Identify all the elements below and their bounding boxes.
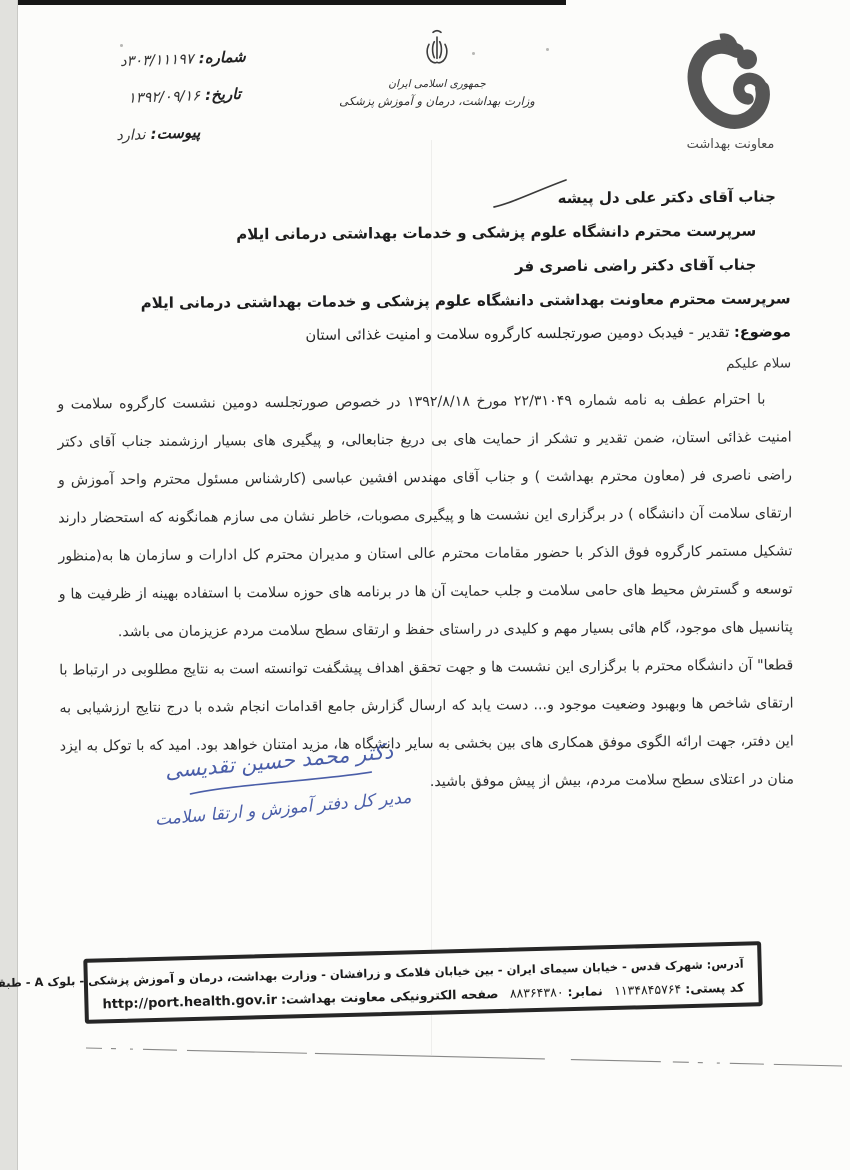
- scan-artifact-top-bar: [8, 0, 566, 5]
- recipient-name-2: جناب آقای دکتر راضی ناصری فر: [56, 248, 756, 287]
- signature-title: مدیر کل دفتر آموزش و ارتقا سلامت: [88, 779, 479, 839]
- letter-date-value: ۱۳۹۲/۰۹/۱۶: [128, 88, 201, 107]
- ministry-title: وزارت بهداشت، درمان و آموزش پزشکی: [338, 92, 536, 110]
- footer-web: صفحه الکترونیکی معاونت بهداشت: http://po…: [102, 986, 498, 1012]
- letter-attachment-label: پیوست:: [150, 123, 200, 143]
- footer-address-box: آدرس: شهرک قدس - خیابان سیمای ایران - بی…: [83, 941, 762, 1024]
- fax-label: نمابر:: [567, 983, 603, 999]
- letter-attachment-value: ندارد: [116, 127, 146, 144]
- postal-code-value: ۱۱۳۴۸۴۵۷۶۴: [614, 981, 682, 998]
- postal-code-label: کد پستی:: [685, 980, 744, 997]
- web-page-url: http://port.health.gov.ir: [102, 993, 277, 1013]
- apple-health-logo-icon: [683, 30, 779, 134]
- iran-national-emblem-icon: [417, 26, 457, 72]
- letter-number-label: شماره:: [198, 48, 246, 68]
- recipient-name-1: جناب آقای دکتر علی دل پیشه: [56, 180, 776, 219]
- recipient-title-2: سرپرست محترم معاونت بهداشتی دانشگاه علوم…: [57, 281, 791, 320]
- subject-line: موضوع: تقدیر - فیدبک دومین صورتجلسه کارگ…: [57, 316, 791, 353]
- scan-artifact-left-edge: [0, 0, 18, 1170]
- scan-speck: [546, 48, 549, 51]
- footer-postal: کد پستی: ۱۱۳۴۸۴۵۷۶۴: [614, 980, 744, 998]
- salutation: سلام علیکم: [57, 348, 791, 383]
- recipient-title-1: سرپرست محترم دانشگاه علوم پزشکی و خدمات …: [56, 214, 756, 253]
- health-deputy-caption: معاونت بهداشت: [648, 137, 813, 152]
- subject-text: تقدیر - فیدبک دومین صورتجلسه کارگروه سلا…: [305, 325, 729, 344]
- scan-artifact-broken-line: [78, 1038, 850, 1072]
- letter-attachment-line: پیوست: ندارد: [53, 114, 201, 156]
- letter-date-line: تاريخ: ۱۳۹۲/۰۹/۱۶: [51, 76, 241, 120]
- letter-meta-block: شماره: ۳۰۳/۱۱۱۹۷د تاريخ: ۱۳۹۲/۰۹/۱۶ پیوس…: [50, 39, 249, 157]
- letter-number-value: ۳۰۳/۱۱۱۹۷د: [120, 51, 194, 70]
- ministry-letterhead: جمهوری اسلامی ایران وزارت بهداشت، درمان …: [338, 26, 536, 110]
- subject-label: موضوع:: [734, 324, 791, 340]
- body-paragraph-1: با احترام عطف به نامه شماره ۲۲/۳۱۰۴۹ مور…: [57, 380, 793, 651]
- health-deputy-logo-block: معاونت بهداشت: [648, 30, 813, 152]
- republic-title: جمهوری اسلامی ایران: [338, 76, 536, 92]
- letter-date-label: تاريخ:: [205, 85, 241, 104]
- web-page-label: صفحه الکترونیکی معاونت بهداشت:: [281, 986, 499, 1007]
- scanned-letter-page: شماره: ۳۰۳/۱۱۱۹۷د تاريخ: ۱۳۹۲/۰۹/۱۶ پیوس…: [0, 0, 850, 1170]
- fax-value: ۸۸۳۶۴۳۸۰: [510, 984, 564, 1000]
- letter-content: جناب آقای دکتر علی دل پیشه سرپرست محترم …: [56, 179, 794, 803]
- footer-fax: نمابر: ۸۸۳۶۴۳۸۰: [510, 983, 603, 1000]
